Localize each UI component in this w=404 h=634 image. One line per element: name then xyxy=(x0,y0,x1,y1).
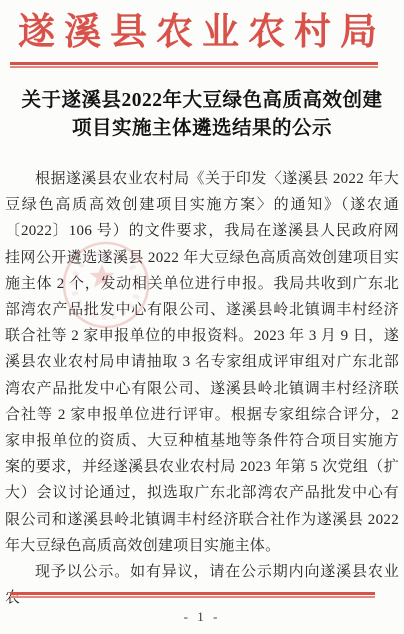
letterhead-divider-rule xyxy=(10,62,378,68)
body-paragraph: 现予以公示。如有异议，请在公示期内向遂溪县农业农 xyxy=(5,559,399,611)
rule-thin-line xyxy=(10,596,375,598)
footer-divider-rule xyxy=(10,592,375,598)
page-number: - 1 - xyxy=(0,609,404,625)
issuing-authority-name: 遂溪县农业农村局 xyxy=(0,13,404,53)
document-page: 遂溪县农业农村局 关于遂溪县2022年大豆绿色高质高效创建 项目实施主体遴选结果… xyxy=(0,0,404,634)
document-title: 关于遂溪县2022年大豆绿色高质高效创建 项目实施主体遴选结果的公示 xyxy=(0,87,404,142)
body-paragraph: 根据遂溪县农业农村局《关于印发〈遂溪县 2022 年大豆绿色高质高效创建项目实施… xyxy=(5,166,399,559)
document-body: 根据遂溪县农业农村局《关于印发〈遂溪县 2022 年大豆绿色高质高效创建项目实施… xyxy=(5,166,399,611)
document-title-line2: 项目实施主体遴选结果的公示 xyxy=(0,115,404,143)
rule-thin-line xyxy=(10,66,378,68)
document-title-line1: 关于遂溪县2022年大豆绿色高质高效创建 xyxy=(0,87,404,115)
